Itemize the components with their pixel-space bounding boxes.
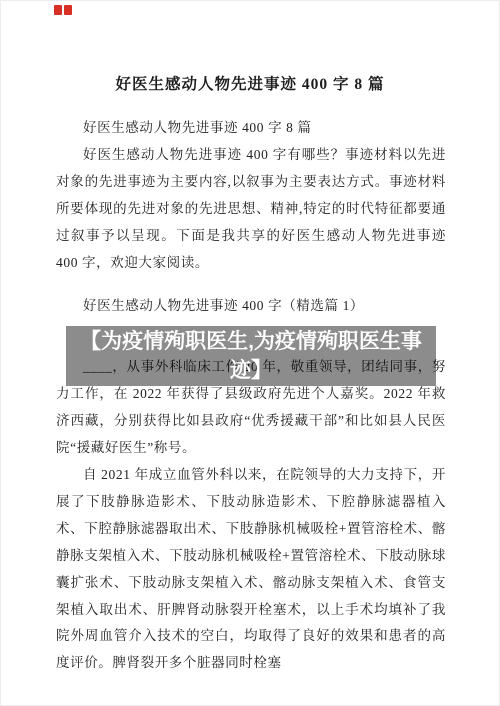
ad-overlay-banner[interactable]: 【为疫情殉职医生,为疫情殉职医生事迹】 bbox=[66, 326, 436, 386]
document-body: 好医生感动人物先进事迹 400 字 8 篇 好医生感动人物先进事迹 400 字有… bbox=[56, 115, 446, 677]
paragraph-intro-line: 好医生感动人物先进事迹 400 字 8 篇 bbox=[56, 115, 446, 142]
document-page: 好医生感动人物先进事迹 400 字 8 篇 好医生感动人物先进事迹 400 字 … bbox=[0, 0, 500, 706]
paragraph-section-heading: 好医生感动人物先进事迹 400 字（精选篇 1） bbox=[56, 293, 446, 320]
paragraph-story-2: 自 2021 年成立血管外科以来，在院领导的大力支持下，开展了下肢静脉造影术、下… bbox=[56, 462, 446, 677]
paragraph-intro: 好医生感动人物先进事迹 400 字有哪些？事迹材料以先进对象的先进事迹为主要内容… bbox=[56, 142, 446, 277]
red-mark-icon bbox=[64, 5, 72, 15]
red-mark-icon bbox=[54, 5, 62, 15]
document-title: 好医生感动人物先进事迹 400 字 8 篇 bbox=[1, 72, 499, 94]
red-watermark bbox=[54, 5, 72, 15]
page-number: - 1 - bbox=[1, 652, 499, 662]
